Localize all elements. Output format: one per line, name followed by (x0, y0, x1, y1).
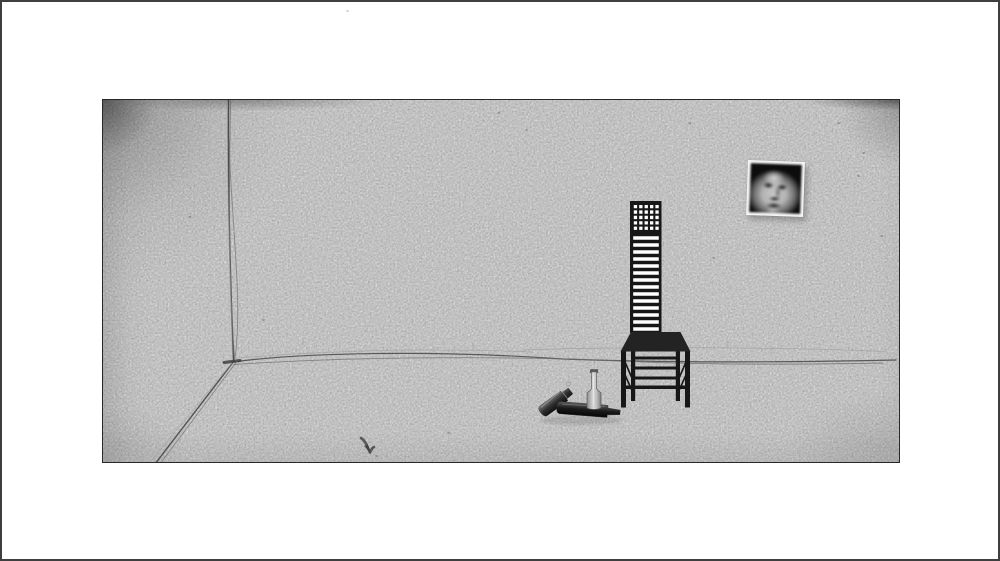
dust-speck (346, 10, 349, 12)
chair-seat (621, 332, 691, 352)
bottles-shadow (540, 416, 622, 425)
grain-texture (103, 100, 900, 463)
bottle-standing-lip (590, 369, 598, 372)
artwork-image (102, 99, 900, 463)
framed-canvas (0, 0, 1000, 561)
artwork-drawing (103, 100, 900, 463)
portrait-face (749, 163, 802, 214)
portrait-photo (746, 160, 805, 217)
